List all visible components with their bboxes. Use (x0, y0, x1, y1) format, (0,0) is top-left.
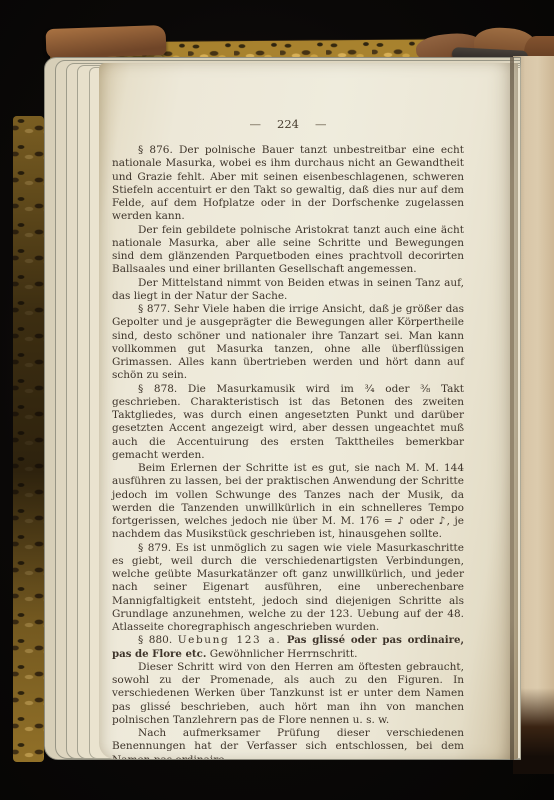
paragraph-metronom: Beim Erlernen der Schritte ist es gut, s… (112, 462, 464, 542)
paragraph-877: § 877. Sehr Viele haben die irrige Ansic… (112, 303, 464, 383)
paragraph-880: § 880. Uebung 123 a. Pas glissé oder pas… (112, 634, 464, 661)
paragraph-continuation: Nach aufmerksamer Prüfung dieser verschi… (112, 727, 464, 759)
page-number-row: — 224 — (112, 117, 464, 131)
page-number-dash-left: — (250, 117, 262, 131)
page-number: 224 (277, 117, 299, 131)
page-number-dash-right: — (315, 117, 327, 131)
leather-corner-top-left (46, 25, 167, 59)
paragraph-aristokrat: Der fein gebildete polnische Aristokrat … (112, 224, 464, 277)
photo-background: — 224 — § 876. Der polnische Bauer tanzt… (0, 0, 554, 800)
paragraph-878: § 878. Die Masurkamusik wird im ³⁄₄ oder… (112, 383, 464, 463)
gutter-crease (510, 57, 514, 760)
paragraph-876: § 876. Der polnische Bauer tanzt unbestr… (112, 144, 464, 224)
step-name-german: Gewöhnlicher Herrnschritt. (210, 648, 358, 660)
page-content: — 224 — § 876. Der polnische Bauer tanzt… (112, 117, 464, 759)
exercise-label: Uebung 123 a. (178, 634, 282, 646)
paragraph-dieser-schritt: Dieser Schritt wird von den Herren am öf… (112, 661, 464, 727)
paragraph-879: § 879. Es ist unmöglich zu sagen wie vie… (112, 542, 464, 635)
paragraph-mittelstand: Der Mittelstand nimmt von Beiden etwas i… (112, 277, 464, 304)
section-number: § 880. (138, 634, 172, 646)
fore-edge-shade (13, 116, 44, 762)
book-page: — 224 — § 876. Der polnische Bauer tanzt… (99, 63, 518, 759)
